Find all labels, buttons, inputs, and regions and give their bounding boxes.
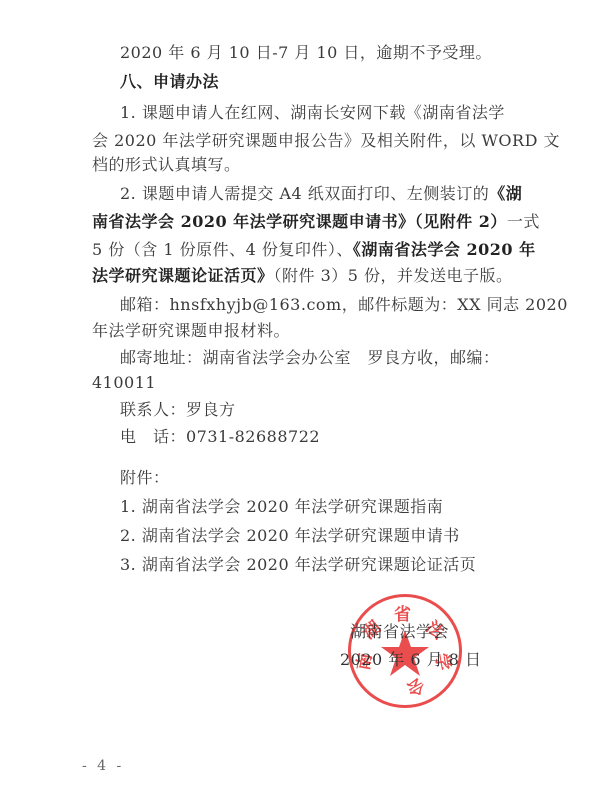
item2-line1: 2. 课题申请人需提交 A4 纸双面打印、左侧装订的《湖 bbox=[120, 184, 520, 204]
attachment-item: 1. 湖南省法学会 2020 年法学研究课题指南 bbox=[120, 497, 520, 517]
item2-line4: 法学研究课题论证活页》（附件 3）5 份，并发送电子版。 bbox=[92, 266, 520, 286]
item2-line2-text: 一式 bbox=[507, 212, 540, 231]
email-line1: 邮箱：hnsfxhyjb@163.com，邮件标题为：XX 同志 2020 bbox=[120, 295, 520, 315]
section-heading: 八、申请办法 bbox=[120, 72, 520, 92]
item2-line3: 5 份（含 1 份原件、4 份复印件）、《湖南省法学会 2020 年 bbox=[92, 240, 520, 260]
deadline-text: 2020 年 6 月 10 日-7 月 10 日，逾期不予受理。 bbox=[120, 43, 520, 63]
item2-line2-bold: 南省法学会 2020 年法学研究课题申请书》（见附件 2） bbox=[92, 212, 507, 231]
item1-line2: 会 2020 年法学研究课题申报公告》及相关附件，以 WORD 文 bbox=[92, 131, 520, 151]
item2-line1-text: 2. 课题申请人需提交 A4 纸双面打印、左侧装订的 bbox=[120, 184, 489, 203]
attachments-label: 附件： bbox=[120, 468, 520, 488]
item2-line3-bold: 《湖南省法学会 2020 年 bbox=[353, 240, 536, 259]
item1-line3: 档的形式认真填写。 bbox=[92, 155, 520, 175]
address-line1: 邮寄地址：湖南省法学会办公室 罗良方收，邮编： bbox=[120, 348, 520, 368]
signature-date: 2020 年 6 月 8 日 bbox=[340, 650, 482, 670]
item1-line1: 1. 课题申请人在红网、湖南长安网下载《湖南省法学 bbox=[120, 103, 520, 123]
email-line2: 年法学研究课题申报材料。 bbox=[92, 321, 520, 341]
item2-line1-bold: 《湖 bbox=[489, 184, 522, 203]
attachment-item: 2. 湖南省法学会 2020 年法学研究课题申请书 bbox=[120, 526, 520, 546]
contact-phone: 电 话：0731-82688722 bbox=[120, 427, 520, 447]
item2-line2: 南省法学会 2020 年法学研究课题申请书》（见附件 2）一式 bbox=[92, 212, 520, 232]
item2-line4-text: （附件 3）5 份，并发送电子版。 bbox=[274, 266, 513, 285]
attachment-item: 3. 湖南省法学会 2020 年法学研究课题论证活页 bbox=[120, 555, 520, 575]
address-postcode: 410011 bbox=[92, 373, 520, 393]
item2-line3-text: 5 份（含 1 份原件、4 份复印件）、 bbox=[92, 240, 353, 259]
contact-person: 联系人：罗良方 bbox=[120, 400, 520, 420]
signature-org: 湖南省法学会 bbox=[350, 622, 449, 642]
page-number: - 4 - bbox=[82, 758, 124, 774]
item2-line4-bold: 法学研究课题论证活页》 bbox=[92, 266, 274, 285]
